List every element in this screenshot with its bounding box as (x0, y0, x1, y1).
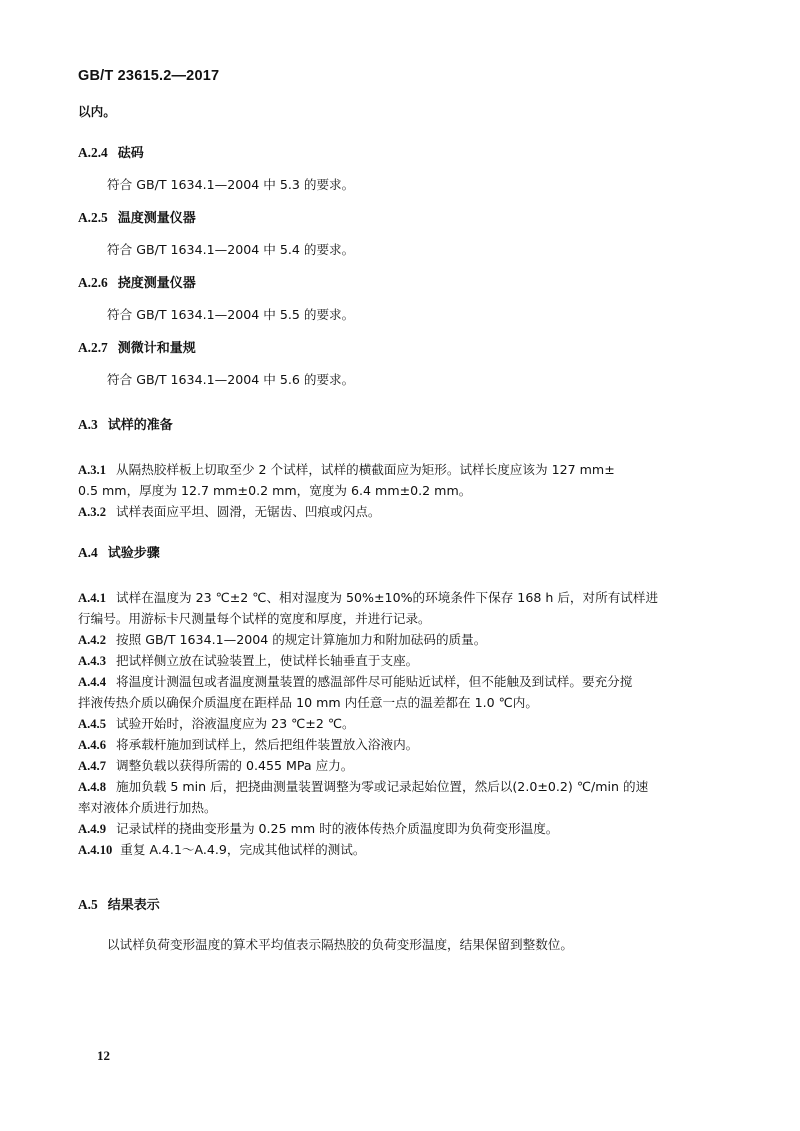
section-title: 测微计和量规 (118, 341, 196, 356)
section-title: 试样的准备 (108, 418, 173, 433)
clause-a4-9: A.4.9记录试样的挠曲变形量为 0.25 mm 时的液体传热介质温度即为负荷变… (78, 821, 558, 837)
clause-a4-3: A.4.3把试样侧立放在试验装置上，使试样长轴垂直于支座。 (78, 653, 418, 669)
section-heading-a5: A.5结果表示 (78, 897, 160, 914)
clause-a4-5: A.4.5试验开始时，浴液温度应为 23 ℃±2 ℃。 (78, 716, 355, 732)
section-heading-a2-7: A.2.7测微计和量规 (78, 340, 196, 357)
clause-a3-1-line2: 0.5 mm，厚度为 12.7 mm±0.2 mm，宽度为 6.4 mm±0.2… (78, 483, 471, 499)
clause-text: 按照 GB/T 1634.1—2004 的规定计算施加力和附加砝码的质量。 (116, 632, 486, 647)
document-page: GB/T 23615.2—2017 以内。 A.2.4砝码 符合 GB/T 16… (0, 0, 800, 1131)
page-number: 12 (97, 1048, 110, 1064)
clause-a4-2: A.4.2按照 GB/T 1634.1—2004 的规定计算施加力和附加砝码的质… (78, 632, 486, 648)
clause-number: A.4.5 (78, 717, 106, 731)
section-number: A.4 (78, 545, 98, 560)
section-title: 砝码 (118, 146, 144, 161)
clause-number: A.4.2 (78, 633, 106, 647)
clause-number: A.4.7 (78, 759, 106, 773)
section-body-a2-4: 符合 GB/T 1634.1—2004 中 5.3 的要求。 (107, 177, 354, 193)
clause-text: 从隔热胶样板上切取至少 2 个试样，试样的横截面应为矩形。试样长度应该为 127… (116, 462, 615, 477)
clause-text: 将温度计测温包或者温度测量装置的感温部件尽可能贴近试样，但不能触及到试样。要充分… (116, 674, 632, 689)
clause-text: 试验开始时，浴液温度应为 23 ℃±2 ℃。 (116, 716, 355, 731)
clause-text: 施加负载 5 min 后，把挠曲测量装置调整为零或记录起始位置，然后以(2.0±… (116, 779, 648, 794)
clause-number: A.4.10 (78, 843, 112, 857)
section-number: A.5 (78, 897, 98, 912)
clause-text: 重复 A.4.1～A.4.9，完成其他试样的测试。 (120, 842, 365, 857)
section-title: 挠度测量仪器 (118, 276, 196, 291)
clause-text: 记录试样的挠曲变形量为 0.25 mm 时的液体传热介质温度即为负荷变形温度。 (116, 821, 558, 836)
section-heading-a2-5: A.2.5温度测量仪器 (78, 210, 196, 227)
clause-a4-1-line2: 行编号。用游标卡尺测量每个试样的宽度和厚度，并进行记录。 (78, 611, 431, 627)
section-title: 温度测量仪器 (118, 211, 196, 226)
clause-text: 试样在温度为 23 ℃±2 ℃、相对湿度为 50%±10%的环境条件下保存 16… (116, 590, 658, 605)
clause-a4-10: A.4.10重复 A.4.1～A.4.9，完成其他试样的测试。 (78, 842, 365, 858)
section-heading-a4: A.4试验步骤 (78, 545, 160, 562)
section-number: A.2.5 (78, 210, 108, 225)
clause-number: A.3.1 (78, 463, 106, 477)
clause-a4-1: A.4.1试样在温度为 23 ℃±2 ℃、相对湿度为 50%±10%的环境条件下… (78, 590, 658, 606)
clause-a4-4: A.4.4将温度计测温包或者温度测量装置的感温部件尽可能贴近试样，但不能触及到试… (78, 674, 632, 690)
clause-text: 调整负载以获得所需的 0.455 MPa 应力。 (116, 758, 353, 773)
clause-a4-6: A.4.6将承载杆施加到试样上，然后把组件装置放入浴液内。 (78, 737, 418, 753)
clause-number: A.3.2 (78, 505, 106, 519)
section-heading-a3: A.3试样的准备 (78, 417, 173, 434)
section-body-a2-6: 符合 GB/T 1634.1—2004 中 5.5 的要求。 (107, 307, 354, 323)
section-heading-a2-4: A.2.4砝码 (78, 145, 144, 162)
section-number: A.2.6 (78, 275, 108, 290)
continuation-text: 以内。 (78, 104, 116, 120)
clause-number: A.4.6 (78, 738, 106, 752)
clause-a4-7: A.4.7调整负载以获得所需的 0.455 MPa 应力。 (78, 758, 353, 774)
clause-number: A.4.8 (78, 780, 106, 794)
clause-number: A.4.3 (78, 654, 106, 668)
clause-a4-8: A.4.8施加负载 5 min 后，把挠曲测量装置调整为零或记录起始位置，然后以… (78, 779, 648, 795)
clause-a4-4-line2: 拌液传热介质以确保介质温度在距样品 10 mm 内任意一点的温差都在 1.0 ℃… (78, 695, 538, 711)
section-heading-a2-6: A.2.6挠度测量仪器 (78, 275, 196, 292)
clause-a4-8-line2: 率对液体介质进行加热。 (78, 800, 217, 816)
section-body-a2-7: 符合 GB/T 1634.1—2004 中 5.6 的要求。 (107, 372, 354, 388)
clause-a3-1: A.3.1从隔热胶样板上切取至少 2 个试样，试样的横截面应为矩形。试样长度应该… (78, 462, 615, 478)
clause-number: A.4.9 (78, 822, 106, 836)
clause-text: 试样表面应平坦、圆滑，无锯齿、凹痕或闪点。 (116, 504, 380, 519)
clause-number: A.4.4 (78, 675, 106, 689)
section-title: 结果表示 (108, 898, 160, 913)
clause-text: 把试样侧立放在试验装置上，使试样长轴垂直于支座。 (116, 653, 418, 668)
section-title: 试验步骤 (108, 546, 160, 561)
section-number: A.2.7 (78, 340, 108, 355)
section-number: A.3 (78, 417, 98, 432)
clause-text: 将承载杆施加到试样上，然后把组件装置放入浴液内。 (116, 737, 418, 752)
standard-id-header: GB/T 23615.2—2017 (78, 68, 219, 84)
section-number: A.2.4 (78, 145, 108, 160)
section-body-a5: 以试样负荷变形温度的算术平均值表示隔热胶的负荷变形温度，结果保留到整数位。 (107, 937, 573, 953)
clause-a3-2: A.3.2试样表面应平坦、圆滑，无锯齿、凹痕或闪点。 (78, 504, 380, 520)
section-body-a2-5: 符合 GB/T 1634.1—2004 中 5.4 的要求。 (107, 242, 354, 258)
clause-number: A.4.1 (78, 591, 106, 605)
